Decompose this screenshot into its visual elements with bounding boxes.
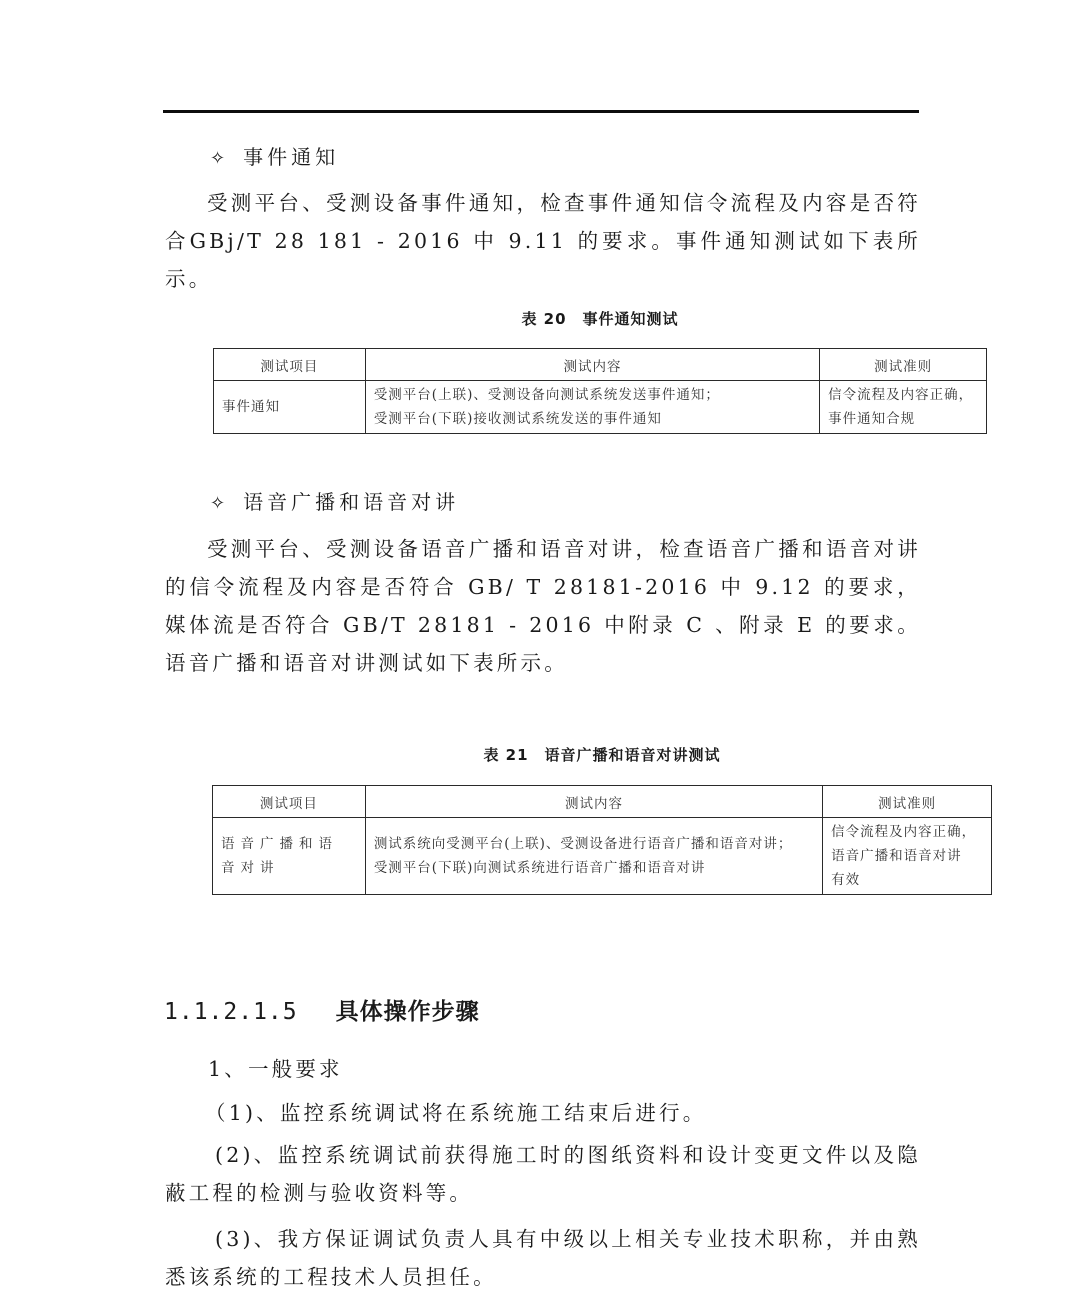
cell-item: 语音广播和语音对讲 <box>213 818 366 895</box>
content-line: 测试系统向受测平台(上联)、受测设备进行语音广播和语音对讲； <box>374 832 814 856</box>
subsection-number: 1.1.2.1.5 <box>164 999 298 1025</box>
column-header: 测试内容 <box>365 786 822 818</box>
criteria-line: 信令流程及内容正确， <box>831 820 983 844</box>
content-line: 受测平台(下联)向测试系统进行语音广播和语音对讲 <box>374 856 814 880</box>
heading-text: 事件通知 <box>243 145 339 169</box>
cell-content: 受测平台(上联)、受测设备向测试系统发送事件通知； 受测平台(下联)接收测试系统… <box>365 381 819 434</box>
column-header: 测试项目 <box>214 349 366 381</box>
criteria-line: 信令流程及内容正确， <box>828 383 978 407</box>
cell-content: 测试系统向受测平台(上联)、受测设备进行语音广播和语音对讲； 受测平台(下联)向… <box>365 818 822 895</box>
cell-criteria: 信令流程及内容正确， 语音广播和语音对讲 有效 <box>823 818 992 895</box>
list-item-1: （1)、监控系统调试将在系统施工结束后进行。 <box>205 1096 706 1126</box>
section-heading-event-notification: ✧事件通知 <box>210 141 339 170</box>
diamond-bullet-icon: ✧ <box>210 493 229 514</box>
cell-criteria: 信令流程及内容正确， 事件通知合规 <box>820 381 987 434</box>
table-21: 测试项目 测试内容 测试准则 语音广播和语音对讲 测试系统向受测平台(上联)、受… <box>212 785 992 895</box>
content-line: 受测平台(上联)、受测设备向测试系统发送事件通知； <box>374 383 811 407</box>
column-header: 测试准则 <box>823 786 992 818</box>
cell-item: 事件通知 <box>214 381 366 434</box>
table-row: 语音广播和语音对讲 测试系统向受测平台(上联)、受测设备进行语音广播和语音对讲；… <box>213 818 992 895</box>
diamond-bullet-icon: ✧ <box>210 148 229 169</box>
content-line: 受测平台(下联)接收测试系统发送的事件通知 <box>374 407 811 431</box>
table-21-caption: 表 21 语音广播和语音对讲测试 <box>212 744 992 765</box>
paragraph-voice: 受测平台、受测设备语音广播和语音对讲，检查语音广播和语音对讲的信令流程及内容是否… <box>165 530 921 682</box>
list-item-2: (2)、监控系统调试前获得施工时的图纸资料和设计变更文件以及隐蔽工程的检测与验收… <box>165 1136 921 1212</box>
column-header: 测试内容 <box>365 349 819 381</box>
list-item-3: (3)、我方保证调试负责人具有中级以上相关专业技术职称，并由熟悉该系统的工程技术… <box>165 1220 921 1296</box>
table-header-row: 测试项目 测试内容 测试准则 <box>214 349 987 381</box>
subsection-heading: 1.1.2.1.5具体操作步骤 <box>164 993 480 1026</box>
header-rule <box>163 110 919 113</box>
table-row: 事件通知 受测平台(上联)、受测设备向测试系统发送事件通知； 受测平台(下联)接… <box>214 381 987 434</box>
table-header-row: 测试项目 测试内容 测试准则 <box>213 786 992 818</box>
list-heading: 1、一般要求 <box>208 1052 343 1082</box>
section-heading-voice: ✧语音广播和语音对讲 <box>210 486 459 515</box>
criteria-line: 语音广播和语音对讲 <box>831 844 983 868</box>
table-20-caption: 表 20 事件通知测试 <box>213 308 987 329</box>
table-20: 测试项目 测试内容 测试准则 事件通知 受测平台(上联)、受测设备向测试系统发送… <box>213 348 987 434</box>
column-header: 测试准则 <box>820 349 987 381</box>
paragraph-event-notification: 受测平台、受测设备事件通知，检查事件通知信令流程及内容是否符合GBj/T 28 … <box>165 184 921 298</box>
subsection-title: 具体操作步骤 <box>336 998 480 1025</box>
criteria-line: 事件通知合规 <box>828 407 978 431</box>
column-header: 测试项目 <box>213 786 366 818</box>
criteria-line: 有效 <box>831 868 983 892</box>
heading-text: 语音广播和语音对讲 <box>243 490 459 514</box>
